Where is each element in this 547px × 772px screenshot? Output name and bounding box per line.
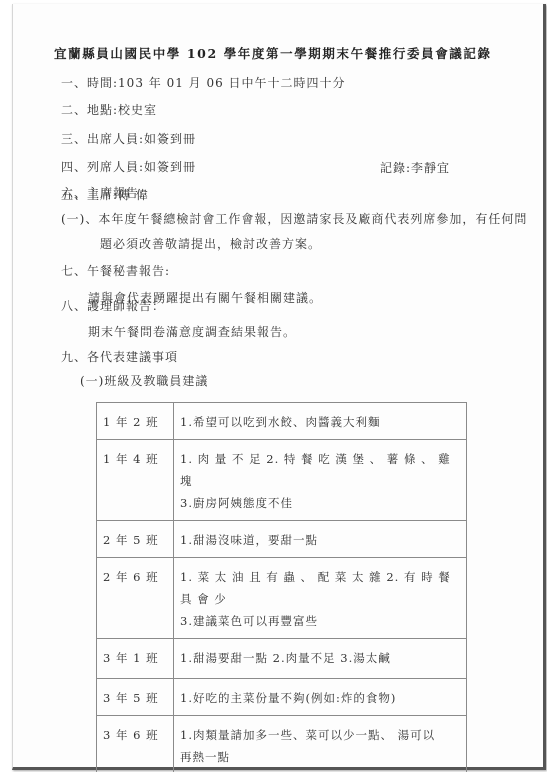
item-nurse-report: 八、護理師報告：	[61, 297, 165, 314]
nurse-report-text: 期末午餐問卷滿意度調查結果報告。	[88, 323, 296, 340]
suggestion-cell: 1.甜湯要甜一點 2.肉量不足 3.湯太鹹	[174, 639, 467, 679]
item-location: 二、地點:校史室	[61, 101, 157, 118]
suggestions-table: 1 年 2 班 1.希望可以吃到水餃、肉醬義大利麵 1 年 4 班 1. 肉 量…	[96, 402, 467, 772]
item-attendees: 三、出席人員:如簽到冊	[61, 130, 196, 147]
table-row: 2 年 6 班 1. 菜 太 油 且 有 蟲 、 配 菜 太 雜 2. 有 時 …	[97, 558, 467, 639]
class-cell: 3 年 5 班	[97, 679, 174, 716]
table-row: 1 年 4 班 1. 肉 量 不 足 2. 特 餐 吃 漢 堡 、 薯 條 、 …	[97, 440, 467, 521]
suggestion-line: 3.建議菜色可以再豐富些	[180, 610, 460, 632]
suggestion-cell: 1.甜湯沒味道，要甜一點	[174, 521, 467, 558]
chair-report-point-1: (一)、本年度午餐總檢討會工作會報，因邀請家長及廠商代表列席參加，有任何問	[61, 210, 527, 227]
suggestion-cell: 1.好吃的主菜份量不夠(例如:炸的食物)	[174, 679, 467, 716]
suggestion-line: 1.肉類量請加多一些、菜可以少一點、 湯可以	[180, 724, 460, 746]
item-chair-report: 六、主席報告:	[61, 184, 144, 201]
suggestion-cell: 1. 菜 太 油 且 有 蟲 、 配 菜 太 雜 2. 有 時 餐 具 會 少3…	[174, 558, 467, 639]
suggestion-line: 1.希望可以吃到水餃、肉醬義大利麵	[180, 411, 460, 433]
class-cell: 1 年 4 班	[97, 440, 174, 521]
item-representative-suggestions: 九、各代表建議事項	[61, 348, 178, 365]
suggestion-line: 3.廚房阿姨態度不佳	[180, 492, 460, 514]
table-row: 1 年 2 班 1.希望可以吃到水餃、肉醬義大利麵	[97, 403, 467, 440]
chair-report-point-1-cont: 題必須改善敬請提出，檢討改善方案。	[100, 235, 321, 252]
suggestion-cell: 1. 肉 量 不 足 2. 特 餐 吃 漢 堡 、 薯 條 、 雞 塊3.廚房阿…	[174, 440, 467, 521]
document-title: 宜蘭縣員山國民中學 102 學年度第一學期期末午餐推行委員會議記錄	[54, 44, 494, 62]
suggestions-subheading: (一)班級及教職員建議	[80, 372, 208, 389]
table-row: 3 年 1 班 1.甜湯要甜一點 2.肉量不足 3.湯太鹹	[97, 639, 467, 679]
table-row: 3 年 5 班 1.好吃的主菜份量不夠(例如:炸的食物)	[97, 679, 467, 716]
item-time: 一、時間:103 年 01 月 06 日中午十二時四十分	[61, 74, 346, 91]
suggestion-line: 1.甜湯沒味道，要甜一點	[180, 529, 460, 551]
class-cell: 1 年 2 班	[97, 403, 174, 440]
table-row: 2 年 5 班 1.甜湯沒味道，要甜一點	[97, 521, 467, 558]
suggestion-cell: 1.希望可以吃到水餃、肉醬義大利麵	[174, 403, 467, 440]
item-observers: 四、列席人員:如簽到冊	[61, 158, 196, 175]
suggestion-line: 再熱一點	[180, 746, 460, 768]
class-cell: 2 年 6 班	[97, 558, 174, 639]
suggestion-line: 1.甜湯要甜一點 2.肉量不足 3.湯太鹹	[180, 647, 460, 669]
class-cell: 3 年 6 班	[97, 716, 174, 772]
suggestion-line: 1. 菜 太 油 且 有 蟲 、 配 菜 太 雜 2. 有 時 餐 具 會 少	[180, 566, 460, 610]
suggestion-line: 1.好吃的主菜份量不夠(例如:炸的食物)	[180, 687, 460, 709]
recorder-label: 記錄:李靜宜	[380, 159, 450, 176]
table-row: 3 年 6 班 1.肉類量請加多一些、菜可以少一點、 湯可以再熱一點	[97, 716, 467, 772]
suggestion-line: 1. 肉 量 不 足 2. 特 餐 吃 漢 堡 、 薯 條 、 雞 塊	[180, 448, 460, 492]
item-secretary-report: 七、午餐秘書報告:	[61, 262, 170, 279]
suggestion-cell: 1.肉類量請加多一些、菜可以少一點、 湯可以再熱一點	[174, 716, 467, 772]
class-cell: 3 年 1 班	[97, 639, 174, 679]
class-cell: 2 年 5 班	[97, 521, 174, 558]
